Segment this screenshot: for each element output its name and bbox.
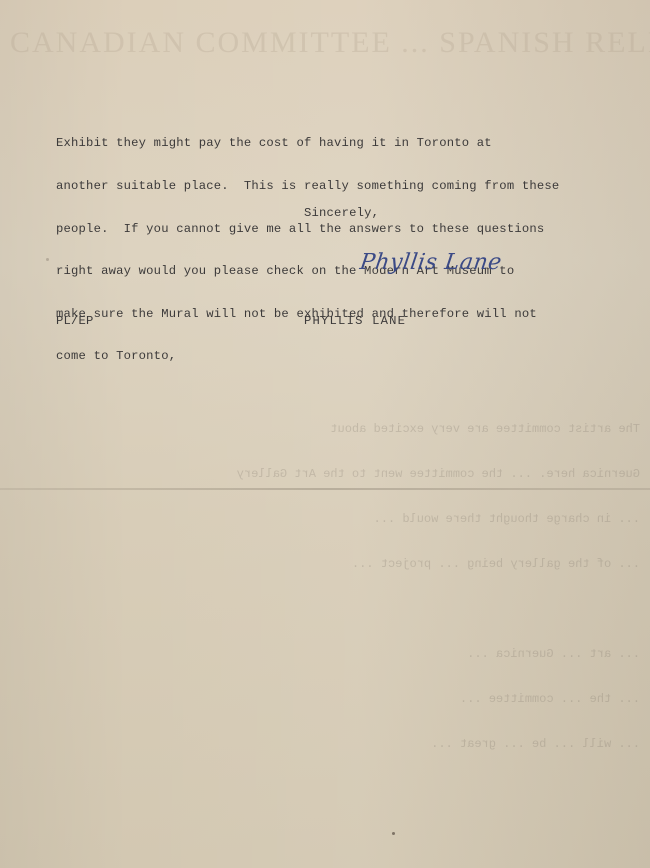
paper-speck [46,258,49,261]
typed-signature-name: PHYLLIS LANE [304,314,406,328]
closing: Sincerely, [304,206,379,220]
paper-fold-line [0,488,650,490]
body-line: another suitable place. This is really s… [56,179,646,193]
body-line: Exhibit they might pay the cost of havin… [56,136,646,150]
letter-page: CANADIAN COMMITTEE ... SPANISH RELIEF Ex… [0,0,650,868]
body-line: people. If you cannot give me all the an… [56,222,646,236]
body-line: come to Toronto, [56,349,646,363]
letterhead-bleed-through: CANADIAN COMMITTEE ... SPANISH RELIEF [10,26,640,60]
reverse-side-bleed-through: The artist committee are very excited ab… [40,392,640,782]
handwritten-signature: Phyllis Lane [358,250,503,275]
letter-body: Exhibit they might pay the cost of havin… [56,108,646,392]
paper-speck [392,832,395,835]
body-line: right away would you please check on the… [56,264,646,278]
reference-initials: PL/EP [56,314,94,328]
